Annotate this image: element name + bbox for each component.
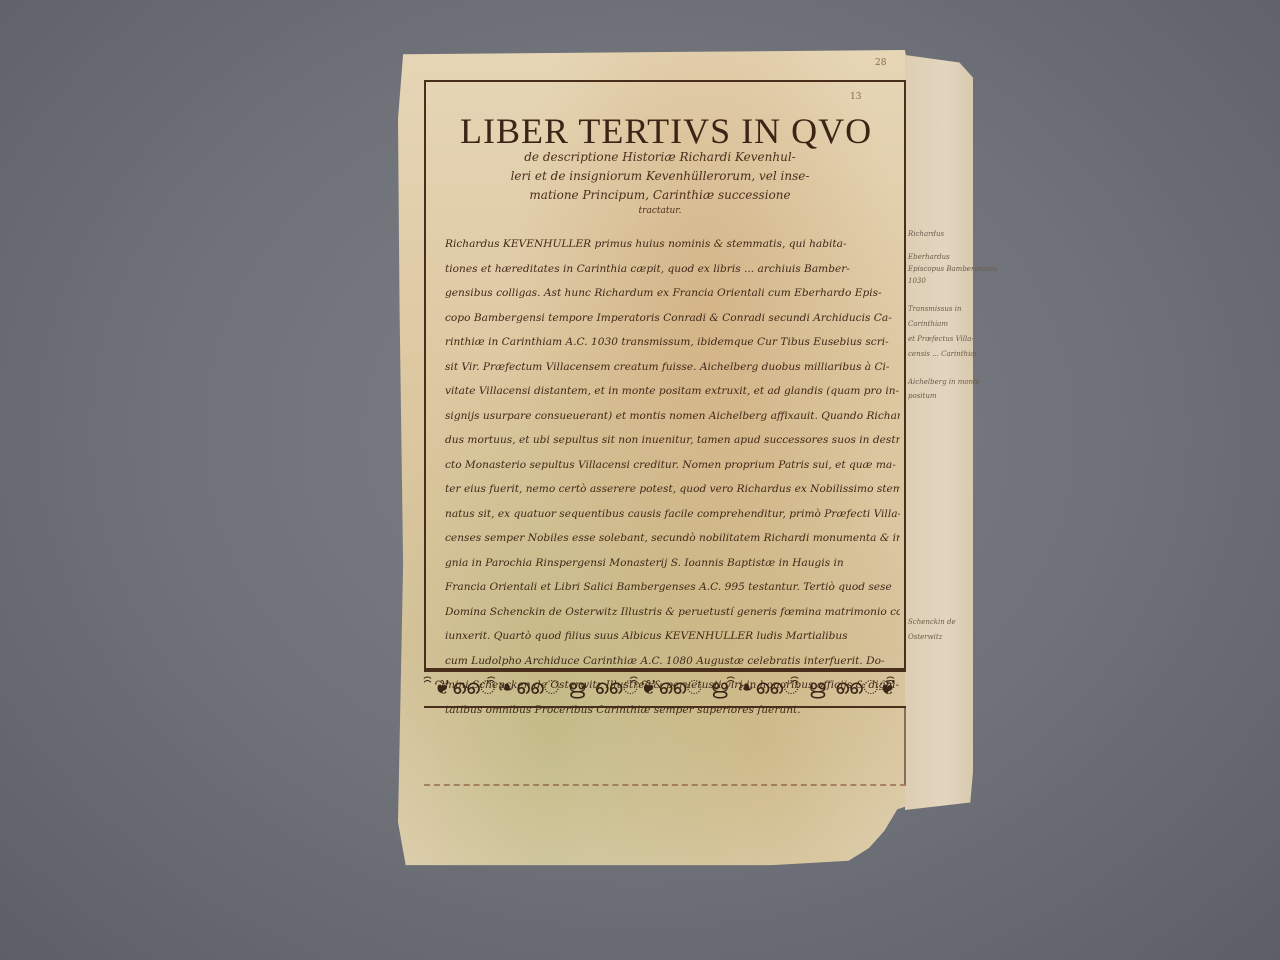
margin-note: et Præfectus Villa- xyxy=(908,335,974,343)
subtitle-line: de descriptione Historiæ Richardi Kevenh… xyxy=(440,150,880,164)
margin-note: Schenckin de xyxy=(908,618,956,626)
text-line: sit Vir. Præfectum Villacensem creatum f… xyxy=(445,355,900,380)
margin-note: Eberhardus xyxy=(908,253,950,261)
text-line: rinthiæ in Carinthiam A.C. 1030 transmis… xyxy=(445,330,900,355)
text-line: vitate Villacensi distantem, et in monte… xyxy=(445,379,900,404)
empty-decorative-panel xyxy=(424,708,906,786)
subtitle-line: matione Principum, Carinthiæ successione xyxy=(440,188,880,202)
text-line: Domina Schenckin de Osterwitz Illustris … xyxy=(445,600,900,625)
subtitle-line: leri et de insigniorum Kevenhüllerorum, … xyxy=(440,169,880,183)
text-line: copo Bambergensi tempore Imperatoris Con… xyxy=(445,306,900,331)
text-line: dus mortuus, et ubi sepultus sit non inu… xyxy=(445,428,900,453)
margin-note: Transmissus in xyxy=(908,305,961,313)
margin-note: censis ... Carinthiæ xyxy=(908,350,977,358)
scroll-ornament-icon: ꩰ❦ൈꩰ❧ൈ ഋ ൈꩰ❦ൈ ഋ ꩰ❧ൈꩰ ഋ ൈ❦ꩰ xyxy=(433,674,897,704)
text-line: censes semper Nobiles esse solebant, sec… xyxy=(445,526,900,551)
text-line: Francia Orientali et Libri Salici Bamber… xyxy=(445,575,900,600)
folio-number: 28 xyxy=(875,58,886,68)
subtitle-line: tractatur. xyxy=(440,206,880,216)
text-line: ter eius fuerit, nemo certò asserere pot… xyxy=(445,477,900,502)
margin-note: 1030 xyxy=(908,277,926,285)
text-line: gnia in Parochia Rinspergensi Monasterij… xyxy=(445,551,900,576)
margin-note: Episcopus Bambergensis xyxy=(908,265,997,273)
page-title: LIBER TERTIVS IN QVO xyxy=(460,110,880,152)
text-line: iunxerit. Quartò quod filius suus Albicu… xyxy=(445,624,900,649)
decorative-scroll-border: ꩰ❦ൈꩰ❧ൈ ഋ ൈꩰ❦ൈ ഋ ꩰ❧ൈꩰ ഋ ൈ❦ꩰ xyxy=(424,670,906,708)
text-line: natus sit, ex quatuor sequentibus causis… xyxy=(445,502,900,527)
margin-note: Osterwitz xyxy=(908,633,942,641)
text-line: Richardus KEVENHULLER primus huius nomin… xyxy=(445,232,900,257)
attached-margin-strip xyxy=(905,55,973,810)
text-line: cto Monasterio sepultus Villacensi credi… xyxy=(445,453,900,478)
margin-note: positum xyxy=(908,392,937,400)
body-text: Richardus KEVENHULLER primus huius nomin… xyxy=(445,232,900,722)
text-line: signijs usurpare consueuerant) et montis… xyxy=(445,404,900,429)
text-line: gensibus colligas. Ast hunc Richardum ex… xyxy=(445,281,900,306)
margin-note: Richardus xyxy=(908,230,944,238)
margin-note: Aichelberg in monte xyxy=(908,378,980,386)
margin-note: Carinthiam xyxy=(908,320,948,328)
text-line: tiones et hæreditates in Carinthia cæpit… xyxy=(445,257,900,282)
